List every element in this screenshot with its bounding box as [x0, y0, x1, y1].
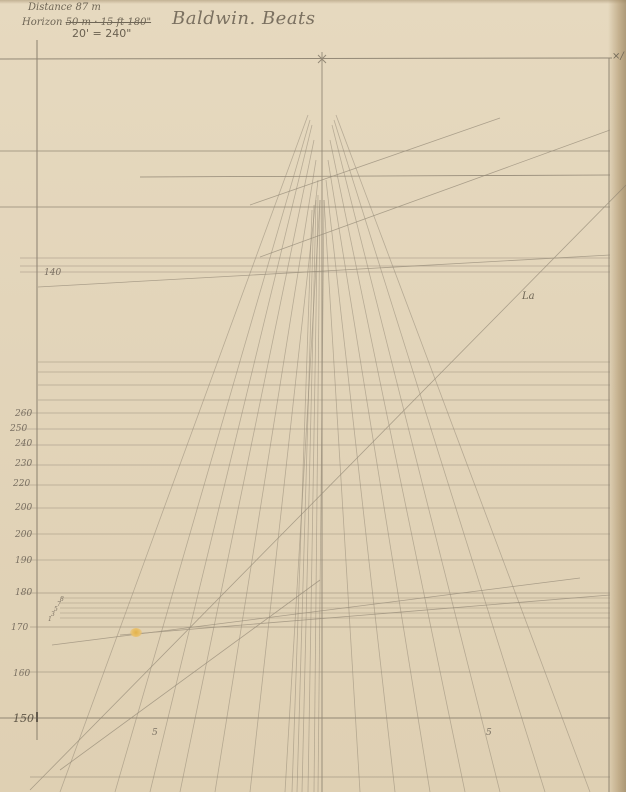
- label-140: 140: [44, 268, 61, 278]
- drawing-sheet: Distance 87 m Horizon 50 m · 15 ft 180" …: [0, 0, 626, 792]
- distance-note: Distance 87 m: [28, 3, 101, 13]
- perspective-rays: [60, 115, 590, 792]
- perspective-construction-lines: [0, 0, 626, 792]
- scale-label: 160: [13, 669, 30, 679]
- title-signature: Baldwin. Beats: [172, 10, 316, 28]
- scale-label: 250: [10, 424, 27, 434]
- top-right-mark: ⨯/: [612, 52, 624, 62]
- scale-note: 20' = 240": [72, 28, 131, 39]
- ground-mark: 5: [486, 728, 492, 738]
- scale-label: 200: [15, 530, 32, 540]
- scale-label: 240: [15, 439, 32, 449]
- scale-label: 220: [13, 479, 30, 489]
- scale-label: 150: [13, 712, 34, 725]
- scale-label: 230: [15, 459, 32, 469]
- ground-mark: 5: [152, 728, 158, 738]
- horizon-note-prefix: Horizon: [22, 17, 62, 28]
- scale-label: 200: [15, 503, 32, 513]
- central-vertical-bundle: [292, 195, 324, 792]
- side-mark: La: [522, 292, 535, 302]
- horizontal-guide-lines: [0, 151, 610, 777]
- scale-label: 180: [15, 588, 32, 598]
- scale-label: 190: [15, 556, 32, 566]
- diagonal-lines: [30, 118, 626, 790]
- scale-label: 260: [15, 409, 32, 419]
- small-numeral: 1: [48, 616, 52, 623]
- paper-stain: [130, 628, 142, 637]
- scale-label: 170: [11, 623, 28, 633]
- horizon-line: [0, 58, 612, 59]
